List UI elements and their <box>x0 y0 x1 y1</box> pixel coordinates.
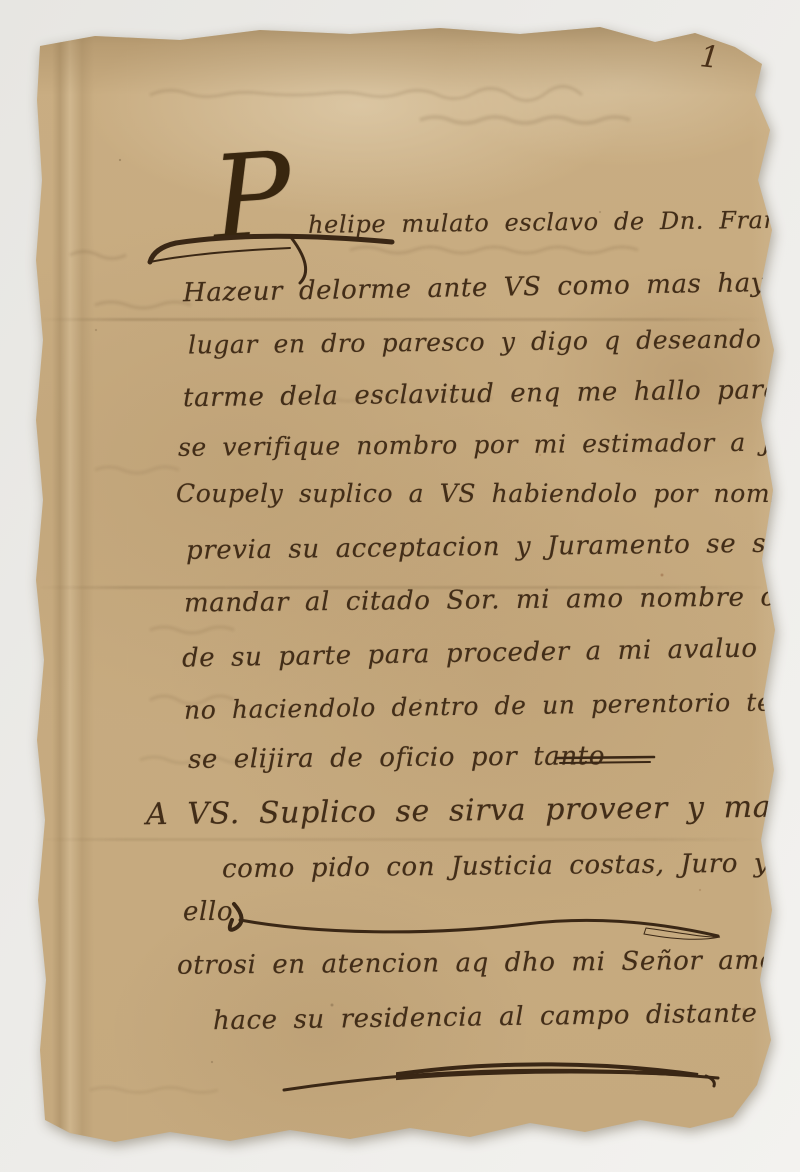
page-number: 1 <box>698 39 721 76</box>
ink-flourish-ello <box>226 890 726 952</box>
manuscript-line: helipe mulato esclavo de Dn. Franco — <box>308 205 800 239</box>
manuscript-page: 1 P helipe mulato esclavo de Dn. Franco … <box>0 0 800 1172</box>
manuscript-line: como pido con Justicia costas, Juro y pa… <box>222 848 800 885</box>
ink-flourish-bottom <box>278 1048 728 1104</box>
manuscript-line: Coupely suplico a VS habiendolo por nomb… <box>176 479 800 508</box>
scanned-manuscript: 1 P helipe mulato esclavo de Dn. Franco … <box>0 0 800 1172</box>
manuscript-line: mandar al citado Sor. mi amo nombre otro… <box>184 581 800 618</box>
manuscript-line: se verifique nombro por mi estimador a J… <box>178 427 800 462</box>
manuscript-line: se elijira de oficio por tanto <box>188 741 605 775</box>
paper-shadow: 1 P helipe mulato esclavo de Dn. Franco … <box>0 0 800 1172</box>
filler-dash <box>552 752 662 768</box>
